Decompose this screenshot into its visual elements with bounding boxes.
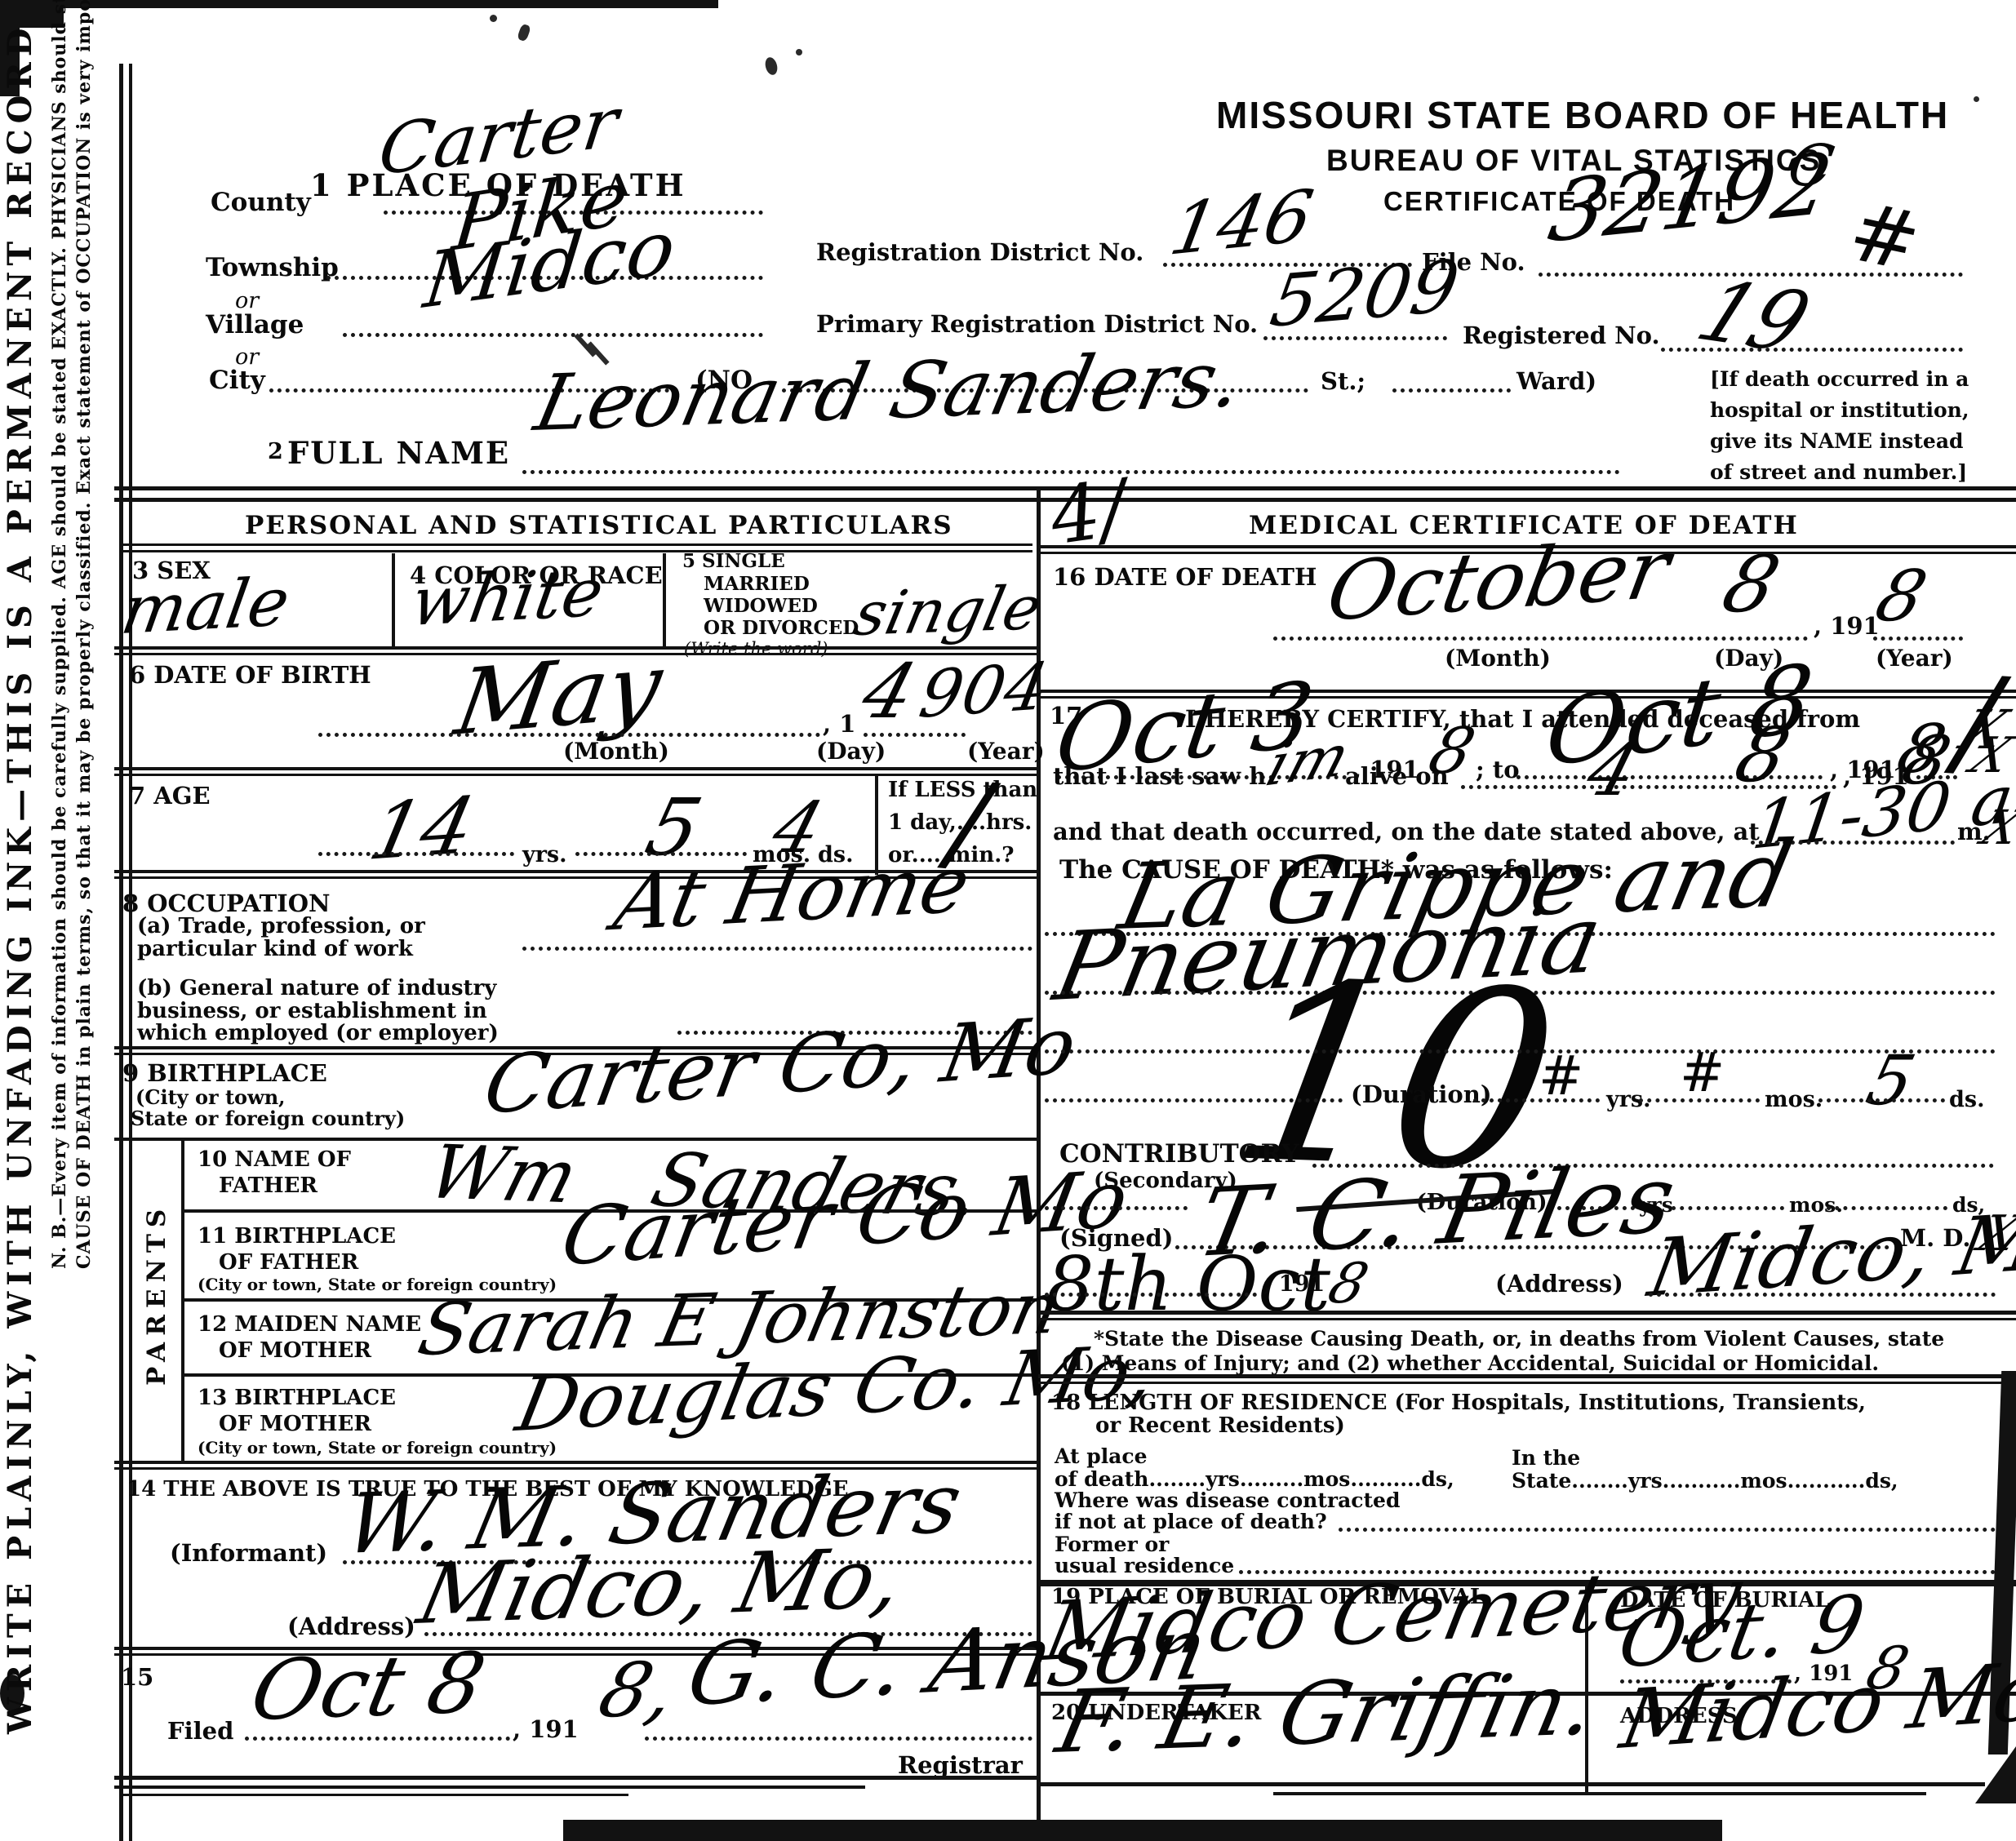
- yrs-label: yrs.: [522, 844, 567, 867]
- mother-label-2: OF MOTHER: [219, 1340, 371, 1362]
- occupation-b-3: which employed (or employer): [137, 1023, 499, 1045]
- informant-label: (Informant): [170, 1541, 327, 1565]
- full-name-value: Leonard Sanders.: [529, 341, 1249, 443]
- duration-yrs-value: #: [1539, 1049, 1583, 1103]
- registrar-label: Registrar: [898, 1753, 1023, 1777]
- father-bp-label-1: 11 BIRTHPLACE: [198, 1226, 396, 1248]
- birthplace-sub-2: State or foreign country): [131, 1108, 405, 1129]
- filed-label: Filed: [167, 1719, 233, 1743]
- in-state-label-1: In the: [1512, 1448, 1580, 1469]
- filed-year-value: 8,: [592, 1653, 685, 1728]
- signed-address-label: (Address): [1495, 1271, 1623, 1296]
- birthplace-value: Carter Co, Mo: [478, 1006, 1081, 1126]
- birthplace-label: 9 BIRTHPLACE: [122, 1061, 327, 1085]
- contracted-label-2: if not at place of death?: [1055, 1511, 1327, 1533]
- duration-ds-value: 5: [1861, 1046, 1921, 1115]
- scan-noise: [796, 49, 802, 55]
- scan-edge-bottom: [563, 1820, 1722, 1841]
- sidebar-note-line1: N. B.—Every item of information should b…: [51, 49, 69, 1269]
- filed-num: 15: [121, 1665, 153, 1689]
- month-label: (Month): [563, 739, 669, 763]
- dob-year-line: [864, 733, 966, 737]
- contributory-label: CONTRIBUTORY: [1059, 1141, 1299, 1168]
- occupation-a-2: particular kind of work: [137, 938, 413, 960]
- occupation-a-1: (a) Trade, profession, or: [137, 916, 425, 938]
- duration-mos-value: #: [1680, 1046, 1725, 1100]
- duration-line: [1045, 1098, 1343, 1102]
- sidebar-warning: WRITE PLAINLY, WITH UNFADING INK—THIS IS…: [3, 147, 38, 1734]
- county-label: County: [211, 189, 311, 216]
- duration-line: [1473, 1098, 1600, 1102]
- rule: [1038, 1311, 2016, 1315]
- occupation-b-1: (b) General nature of industry: [137, 978, 496, 1000]
- undertaker-value: F. E. Griffin.: [1050, 1661, 1603, 1766]
- parents-divider: [181, 1141, 184, 1464]
- death-certificate-document: WRITE PLAINLY, WITH UNFADING INK—THIS IS…: [0, 0, 2016, 1841]
- age-line: [318, 852, 514, 856]
- scan-noise: [517, 24, 531, 42]
- age-yrs-value: 14: [363, 787, 482, 872]
- dob-label: 6 DATE OF BIRTH: [129, 663, 371, 687]
- full-name-num: 2: [268, 441, 283, 464]
- org-title: MISSOURI STATE BOARD OF HEALTH: [1216, 96, 1949, 134]
- dod-year-value: 8: [1869, 561, 1934, 632]
- township-label: Township: [206, 255, 339, 282]
- scan-noise: [490, 15, 497, 22]
- occupation-b-2: business, or establishment in: [137, 1000, 487, 1023]
- ward-label: Ward): [1516, 369, 1596, 393]
- dod-label: 16 DATE OF DEATH: [1053, 565, 1317, 589]
- occupation-label: 8 OCCUPATION: [122, 891, 331, 916]
- former-residence-label-1: Former or: [1055, 1534, 1169, 1555]
- hospital-note-1: [If death occurred in a: [1710, 369, 1969, 390]
- mother-label-1: 12 MAIDEN NAME: [198, 1314, 421, 1336]
- age-label: 7 AGE: [129, 783, 211, 808]
- cause-line: [1045, 1049, 1996, 1054]
- rule: [1038, 1318, 2016, 1320]
- rule: [122, 550, 1032, 552]
- duration-line: [1639, 1098, 1760, 1102]
- signed-address-line: [1649, 1293, 1996, 1297]
- rule: [1038, 1782, 1985, 1786]
- reg-district-label: Registration District No.: [816, 240, 1143, 264]
- dod-year-line: [1873, 637, 1963, 641]
- last-saw-text-b: alive on: [1345, 764, 1449, 788]
- village-line: [343, 333, 763, 337]
- marital-label-2: MARRIED: [704, 574, 810, 594]
- at-place-label-2: of death........yrs.........mos.........…: [1055, 1469, 1454, 1490]
- residence-label-2: or Recent Residents): [1095, 1415, 1345, 1437]
- dod-line: [1273, 637, 1808, 641]
- marital-value: single: [849, 578, 1046, 645]
- reg-district-value: 146: [1165, 180, 1318, 266]
- occupation-a-line: [522, 947, 1032, 951]
- contracted-label-1: Where was disease contracted: [1055, 1490, 1400, 1511]
- occupation-value: At Home: [609, 845, 976, 942]
- dod-month-value: October: [1321, 529, 1675, 633]
- duration-label: (Duration): [1351, 1082, 1492, 1107]
- sidebar-note-line2: CAUSE OF DEATH in plain terms, so that i…: [75, 49, 94, 1269]
- medical-title-scribble: 4/: [1046, 470, 1131, 557]
- dod-day-value: 8: [1715, 545, 1787, 623]
- full-name-label: FULL NAME: [287, 437, 510, 469]
- scan-noise: [1974, 96, 1979, 102]
- rule: [122, 1794, 628, 1796]
- dob-day-value: 4: [855, 654, 924, 730]
- filed-year-printed: , 191: [513, 1717, 579, 1741]
- primary-reg-value: 5209: [1266, 251, 1463, 338]
- footnote-1: *State the Disease Causing Death, or, in…: [1094, 1329, 1944, 1350]
- former-residence-label-2: usual residence: [1055, 1555, 1234, 1577]
- last-saw-text-a: that I last saw h: [1053, 764, 1266, 788]
- father-label-2: FATHER: [219, 1175, 317, 1197]
- duration-ds-label: ds.: [1949, 1089, 1984, 1111]
- father-label-1: 10 NAME OF: [198, 1149, 351, 1171]
- duration-line: [1818, 1098, 1945, 1102]
- scan-noise: [763, 56, 779, 77]
- birthplace-sub-1: (City or town,: [135, 1087, 286, 1107]
- rule: [114, 1786, 865, 1789]
- registered-no-label: Registered No.: [1463, 323, 1660, 348]
- hospital-note-3: give its NAME instead: [1710, 431, 1964, 452]
- rule: [114, 774, 1037, 776]
- contracted-line: [1339, 1528, 1996, 1532]
- rule: [114, 767, 1037, 770]
- at-place-label-1: At place: [1055, 1446, 1148, 1467]
- mother-bp-label-1: 13 BIRTHPLACE: [198, 1387, 396, 1409]
- city-label: City: [209, 367, 265, 394]
- registrar-line: [645, 1737, 1032, 1741]
- rule: [1038, 1382, 2016, 1384]
- sex-value: male: [117, 570, 293, 645]
- filed-date-value: Oct 8: [244, 1642, 491, 1733]
- father-bp-label-2: OF FATHER: [219, 1252, 358, 1274]
- dob-year-value: 904: [915, 654, 1053, 727]
- marital-label-4: OR DIVORCED: [704, 619, 859, 638]
- rule: [1273, 1792, 1926, 1795]
- rule: [1038, 1374, 2016, 1378]
- race-value: white: [406, 560, 607, 637]
- duration2-line: [1045, 1206, 1188, 1210]
- month-label-right: (Month): [1445, 646, 1551, 670]
- in-state-label-2: State........yrs...........mos..........…: [1512, 1471, 1898, 1492]
- village-label: Village: [206, 312, 304, 339]
- mother-bp-label-2: OF MOTHER: [219, 1413, 371, 1435]
- cell-divider: [663, 553, 666, 646]
- file-no-scribble: #: [1843, 190, 1927, 284]
- informant-address-label: (Address): [287, 1614, 415, 1639]
- hospital-note-2: hospital or institution,: [1710, 400, 1969, 421]
- signed-date-line: [1045, 1293, 1257, 1297]
- st-line: [1392, 388, 1511, 393]
- cell-divider: [392, 553, 395, 646]
- st-label: St.;: [1321, 369, 1365, 393]
- footnote-2: (1) Means of Injury; and (2) whether Acc…: [1061, 1353, 1879, 1374]
- marital-label-1: 5 SINGLE: [682, 552, 785, 571]
- hospital-note-4: of street and number.]: [1710, 462, 1967, 483]
- residence-label-1: 18 LENGTH OF RESIDENCE (For Hospitals, I…: [1051, 1392, 1866, 1414]
- form-border-left: [119, 64, 123, 1841]
- scan-edge-top: [0, 0, 718, 8]
- to-label: ; to: [1476, 757, 1520, 782]
- rule: [122, 543, 1032, 546]
- day-label: (Day): [816, 739, 886, 763]
- duration2-line: [1672, 1206, 1784, 1210]
- duration-mos-label: mos.: [1765, 1089, 1823, 1111]
- personal-title: PERSONAL AND STATISTICAL PARTICULARS: [245, 512, 953, 539]
- mother-bp-sub: (City or town, State or foreign country): [198, 1440, 557, 1457]
- primary-reg-label: Primary Registration District No.: [816, 312, 1258, 336]
- form-border-left-2: [129, 64, 132, 1841]
- dob-line: [318, 733, 820, 737]
- signed-year-printed: , 191: [1263, 1273, 1325, 1296]
- marital-label-3: WIDOWED: [704, 597, 818, 616]
- dob-year-printed: , 1: [823, 712, 855, 736]
- scan-edge-right-2: [1975, 1746, 2016, 1803]
- parents-label: PARENTS: [144, 1222, 171, 1386]
- year-label-right: (Year): [1876, 646, 1953, 670]
- rule: [114, 1776, 1038, 1780]
